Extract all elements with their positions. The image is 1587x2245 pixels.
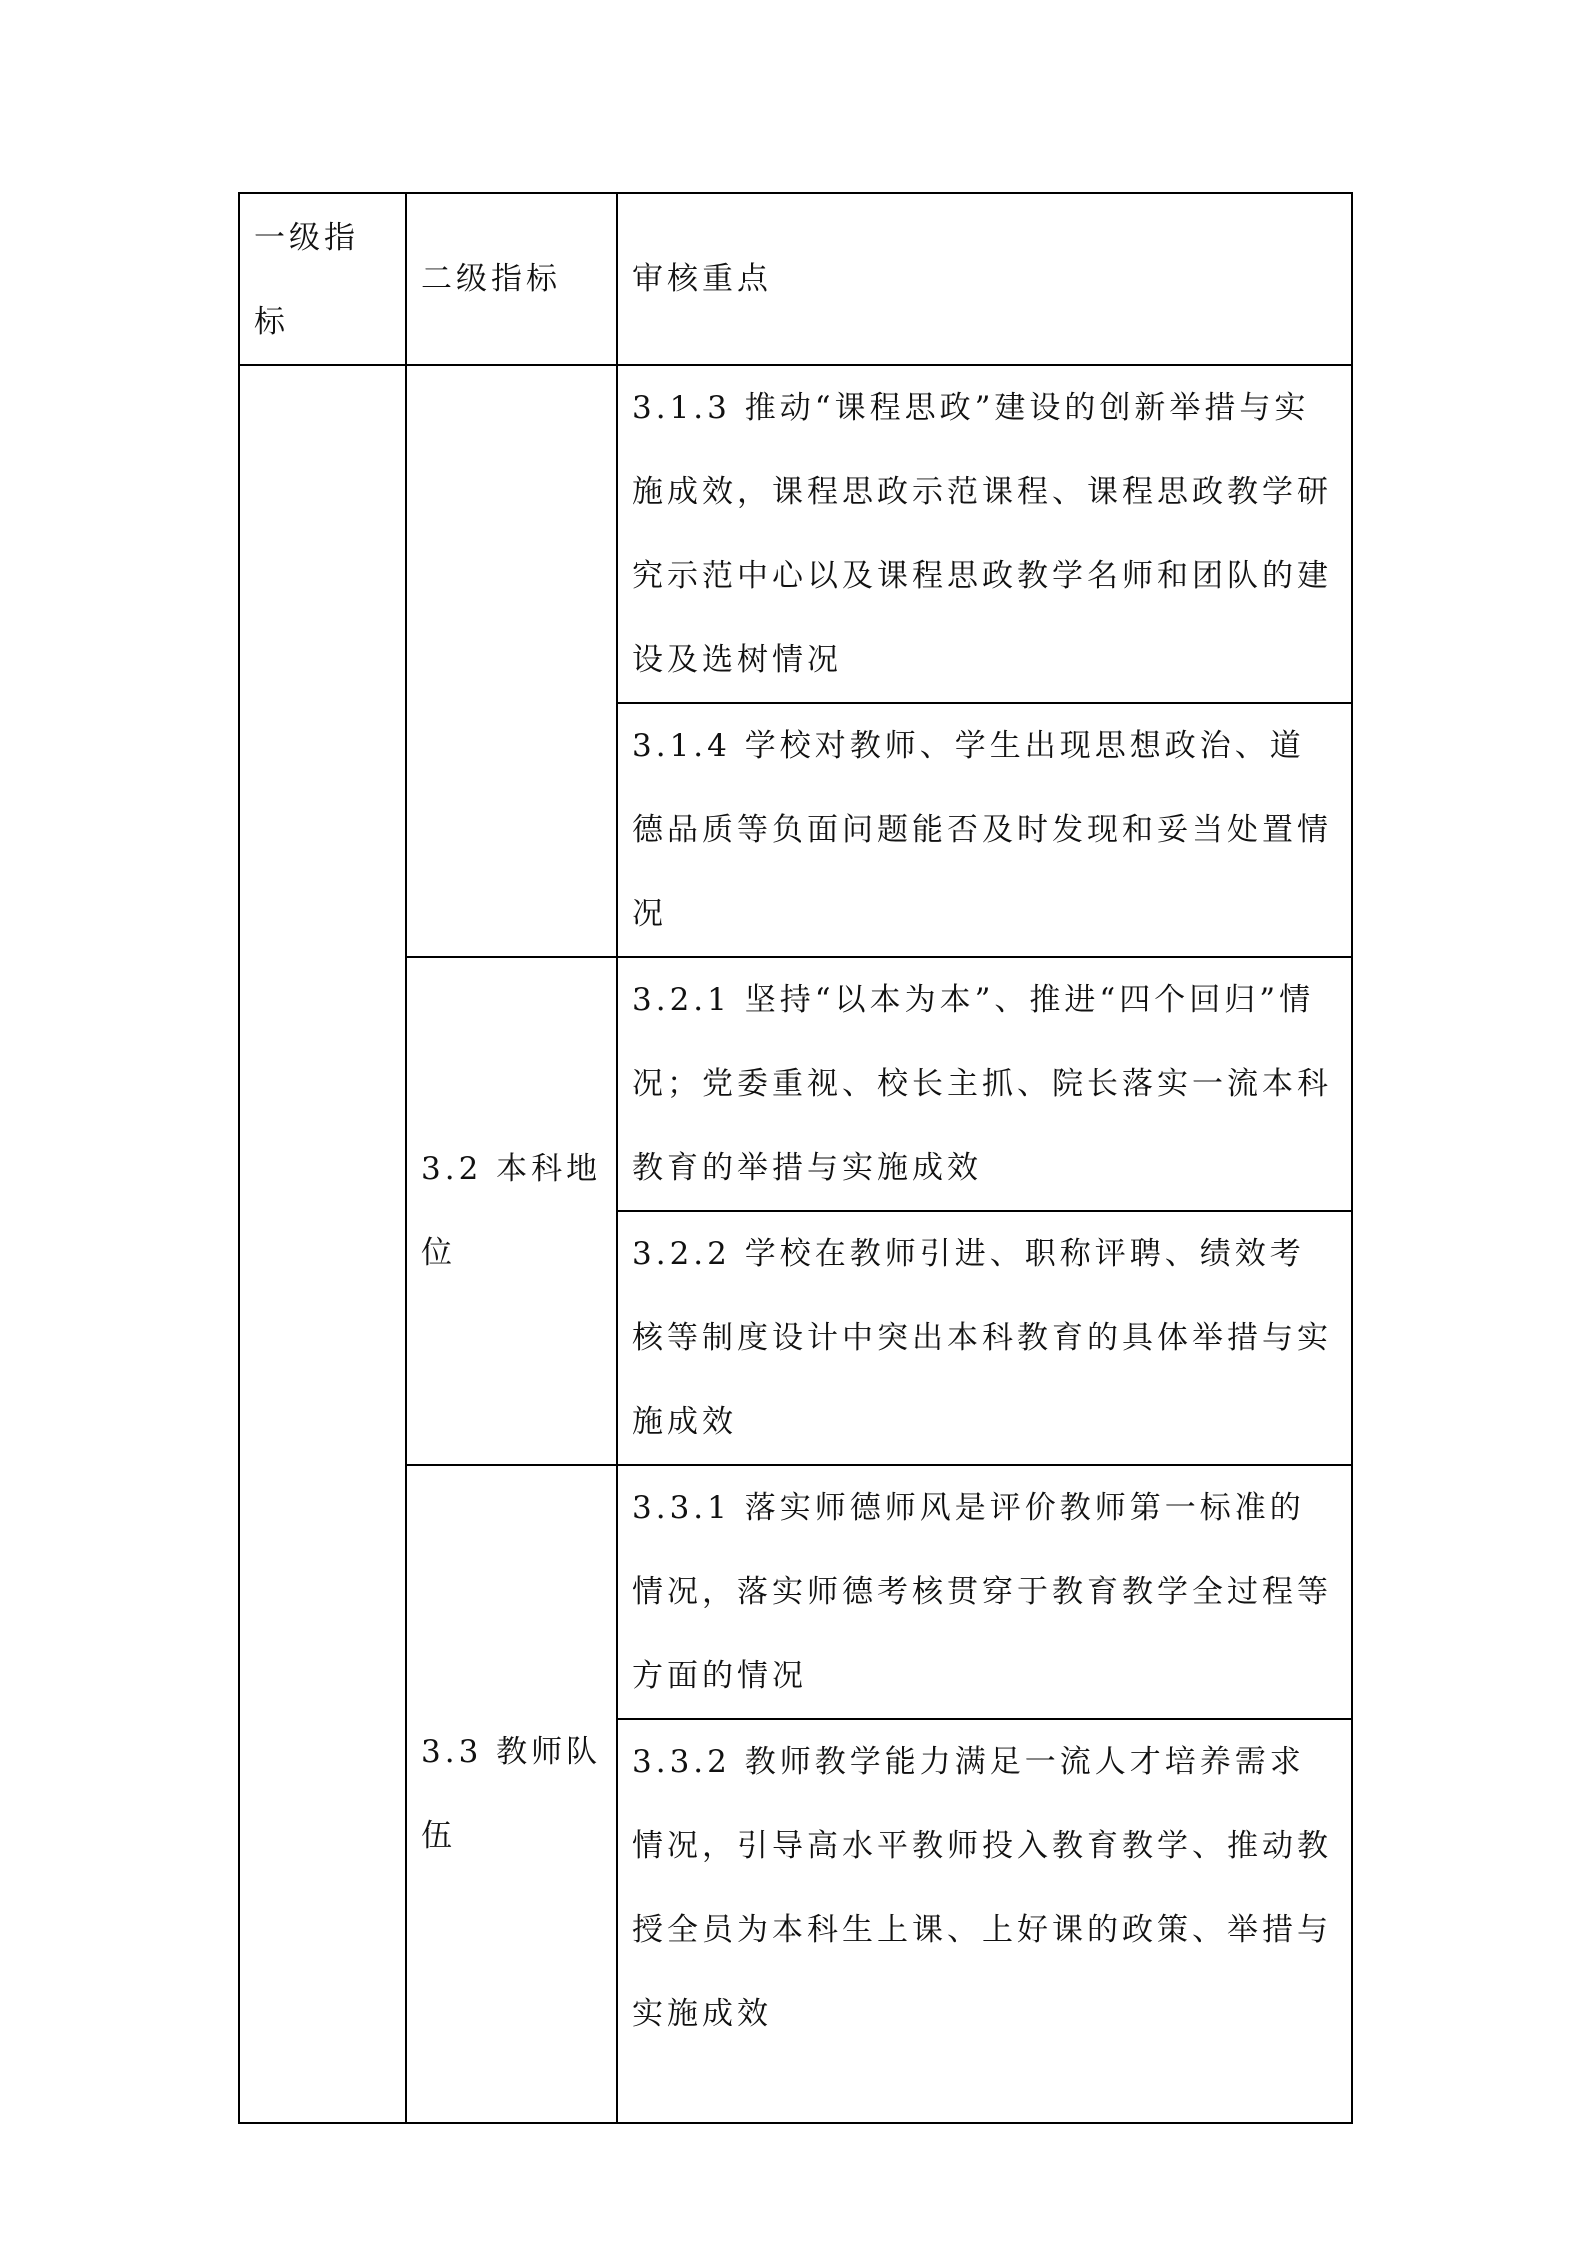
level2-cell: 3.3 教师队伍	[406, 1465, 617, 2123]
table-row: 3.3 教师队伍 3.3.1 落实师德师风是评价教师第一标准的情况，落实师德考核…	[239, 1465, 1352, 1719]
focus-cell: 3.1.4 学校对教师、学生出现思想政治、道德品质等负面问题能否及时发现和妥当处…	[617, 703, 1352, 957]
focus-cell: 3.3.2 教师教学能力满足一流人才培养需求情况，引导高水平教师投入教育教学、推…	[617, 1719, 1352, 2123]
table-row: 3.1.3 推动“课程思政”建设的创新举措与实施成效，课程思政示范课程、课程思政…	[239, 365, 1352, 703]
header-level1: 一级指标	[239, 193, 406, 365]
level2-cell	[406, 365, 617, 957]
review-criteria-table: 一级指标 二级指标 审核重点 3.1.3 推动“课程思政”建设的创新举措与实施成…	[238, 192, 1353, 2124]
focus-cell: 3.1.3 推动“课程思政”建设的创新举措与实施成效，课程思政示范课程、课程思政…	[617, 365, 1352, 703]
header-focus: 审核重点	[617, 193, 1352, 365]
focus-cell: 3.3.1 落实师德师风是评价教师第一标准的情况，落实师德考核贯穿于教育教学全过…	[617, 1465, 1352, 1719]
header-row: 一级指标 二级指标 审核重点	[239, 193, 1352, 365]
focus-cell: 3.2.1 坚持“以本为本”、推进“四个回归”情况；党委重视、校长主抓、院长落实…	[617, 957, 1352, 1211]
table-row: 3.2 本科地位 3.2.1 坚持“以本为本”、推进“四个回归”情况；党委重视、…	[239, 957, 1352, 1211]
level1-cell	[239, 365, 406, 2123]
header-level2: 二级指标	[406, 193, 617, 365]
level2-cell: 3.2 本科地位	[406, 957, 617, 1465]
focus-cell: 3.2.2 学校在教师引进、职称评聘、绩效考核等制度设计中突出本科教育的具体举措…	[617, 1211, 1352, 1465]
